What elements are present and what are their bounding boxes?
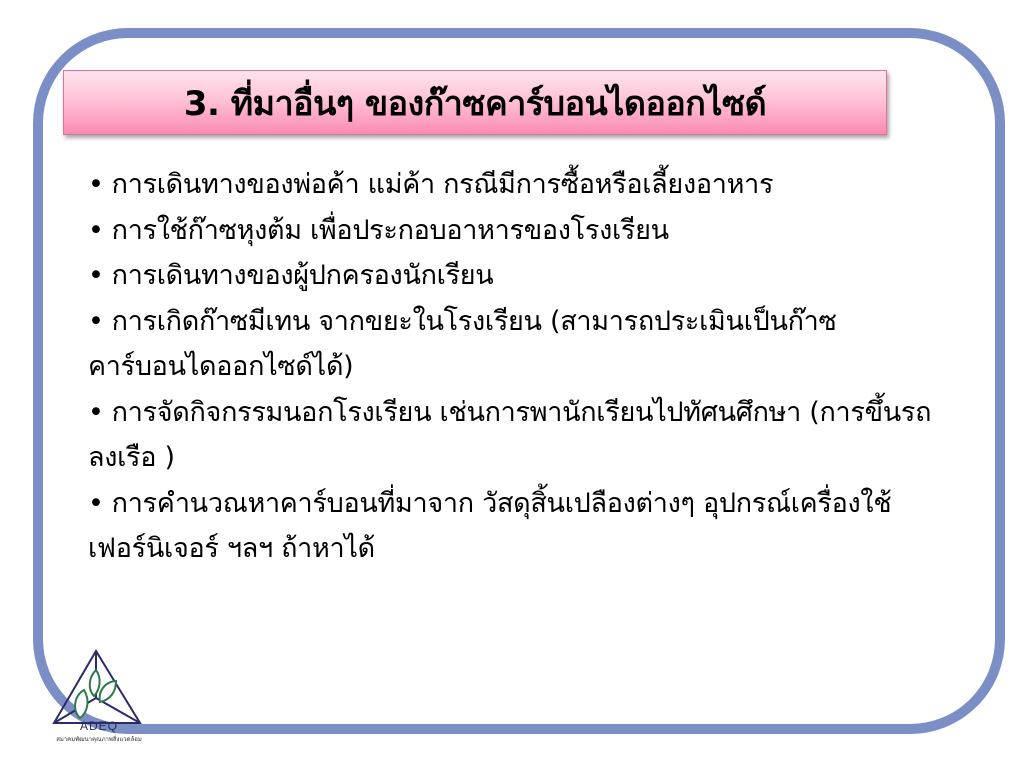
bullet-icon: • <box>88 390 104 436</box>
bullet-item: •การเดินทางของพ่อค้า แม่ค้า กรณีมีการซื้… <box>88 162 948 208</box>
bullet-icon: • <box>88 481 104 527</box>
bullet-list: •การเดินทางของพ่อค้า แม่ค้า กรณีมีการซื้… <box>88 162 948 572</box>
bullet-icon: • <box>88 162 104 208</box>
leaf-triangle-logo-icon <box>44 648 154 748</box>
bullet-item: •การเกิดก๊าซมีเทน จากขยะในโรงเรียน (สามา… <box>88 299 948 390</box>
bullet-text: การจัดกิจกรรมนอกโรงเรียน เช่นการพานักเรี… <box>88 397 931 474</box>
bullet-item: •การจัดกิจกรรมนอกโรงเรียน เช่นการพานักเร… <box>88 390 948 481</box>
title-banner: 3. ที่มาอื่นๆ ของก๊าซคาร์บอนไดออกไซด์ <box>63 70 887 135</box>
slide-title: 3. ที่มาอื่นๆ ของก๊าซคาร์บอนไดออกไซด์ <box>184 76 766 130</box>
bullet-text: การใช้ก๊าซหุงต้ม เพื่อประกอบอาหารของโรงเ… <box>112 215 669 246</box>
logo-caption: สมาคมพัฒนาคุณภาพสิ่งแวดล้อม <box>44 734 154 744</box>
bullet-item: •การเดินทางของผู้ปกครองนักเรียน <box>88 253 948 299</box>
bullet-item: •การใช้ก๊าซหุงต้ม เพื่อประกอบอาหารของโรง… <box>88 208 948 254</box>
bullet-icon: • <box>88 299 104 345</box>
bullet-text: การเดินทางของพ่อค้า แม่ค้า กรณีมีการซื้อ… <box>112 169 774 200</box>
bullet-text: การคำนวณหาคาร์บอนที่มาจาก วัสดุสิ้นเปลือ… <box>88 488 891 565</box>
bullet-icon: • <box>88 208 104 254</box>
bullet-text: การเดินทางของผู้ปกครองนักเรียน <box>112 260 494 291</box>
bullet-text: การเกิดก๊าซมีเทน จากขยะในโรงเรียน (สามาร… <box>88 306 837 383</box>
logo-name: ADEQ <box>44 719 154 733</box>
bullet-item: •การคำนวณหาคาร์บอนที่มาจาก วัสดุสิ้นเปลื… <box>88 481 948 572</box>
slide: 3. ที่มาอื่นๆ ของก๊าซคาร์บอนไดออกไซด์ •ก… <box>0 0 1024 768</box>
bullet-icon: • <box>88 253 104 299</box>
